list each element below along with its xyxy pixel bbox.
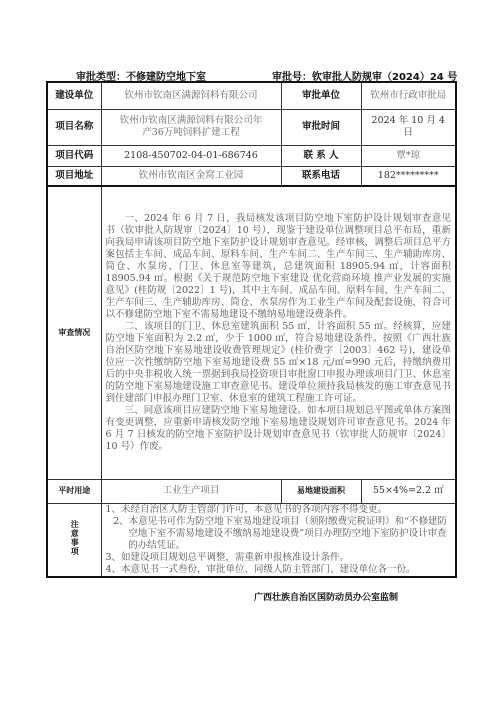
approval-unit-label: 审批单位 bbox=[281, 82, 361, 109]
project-address-value: 钦州市钦南区金窝工业园 bbox=[101, 166, 281, 186]
note-item-3: 3、如建设项目规划总平调整，需重新申报核准设计条件。 bbox=[106, 552, 452, 564]
note-item-1: 1、未经自治区人防主管部门许可，本意见书的各项内容不得变更。 bbox=[106, 504, 452, 516]
approval-time-value: 2024 年 10 月 4 日 bbox=[361, 109, 456, 145]
review-label: 审查情况 bbox=[47, 186, 101, 479]
construction-unit-value: 钦州市钦南区满源饲料有限公司 bbox=[101, 82, 281, 109]
row-notes: 注意事项 1、未经自治区人防主管部门许可，本意见书的各项内容不得变更。 2、本意… bbox=[47, 503, 456, 577]
contact-person-value: 覃*琼 bbox=[361, 145, 456, 166]
note-item-4: 4、本意见书一式叁份，审批单位、同级人防主管部门、建设单位各一份。 bbox=[106, 564, 452, 576]
relocation-area-value: 55×4%=2.2 ㎡ bbox=[361, 479, 456, 503]
contact-phone-value: 182********* bbox=[361, 166, 456, 186]
row-project-name: 项目名称 钦州市钦南区满源饲料有限公司年产36万吨饲料扩建工程 审批时间 202… bbox=[47, 109, 456, 145]
review-paragraph-1: 一、2024 年 6 月 7 日，我局核发该项目防空地下室防护设计规划审查意见书… bbox=[106, 213, 452, 321]
notes-label-cell: 注意事项 bbox=[47, 503, 101, 577]
approval-unit-value: 钦州市行政审批局 bbox=[361, 82, 456, 109]
peacetime-use-label: 平时用途 bbox=[47, 479, 101, 503]
project-code-value: 2108-450702-04-01-686746 bbox=[101, 145, 281, 166]
row-construction-unit: 建设单位 钦州市钦南区满源饲料有限公司 审批单位 钦州市行政审批局 bbox=[47, 82, 456, 109]
note-item-2: 2、本意见书可作为防空地下室易地建设项目（须附缴费完税证明）和“不修建防空地下室… bbox=[106, 516, 452, 552]
notes-content: 1、未经自治区人防主管部门许可，本意见书的各项内容不得变更。 2、本意见书可作为… bbox=[101, 503, 456, 577]
approval-form-table: 建设单位 钦州市钦南区满源饲料有限公司 审批单位 钦州市行政审批局 项目名称 钦… bbox=[46, 81, 457, 578]
review-content: 一、2024 年 6 月 7 日，我局核发该项目防空地下室防护设计规划审查意见书… bbox=[101, 186, 456, 479]
review-paragraph-3: 三、同意该项目应建防空地下室易地建设。如本项目规划总平图或单体方案图有变更调整，… bbox=[106, 405, 452, 453]
review-paragraph-2: 二、该项目的门卫、休息室建筑面积 55 ㎡，计容面积 55 ㎡。经核算，应建防空… bbox=[106, 321, 452, 405]
issuer-footer: 广西壮族自治区国防动员办公室监制 bbox=[254, 590, 398, 603]
row-project-address: 项目地址 钦州市钦南区金窝工业园 联系电话 182********* bbox=[47, 166, 456, 186]
project-code-label: 项目代码 bbox=[47, 145, 101, 166]
construction-unit-label: 建设单位 bbox=[47, 82, 101, 109]
document-header: 审批类型：不修建防空地下室 审批号：钦审批人防规审（2024）24 号 bbox=[0, 65, 500, 81]
project-name-label: 项目名称 bbox=[47, 109, 101, 145]
relocation-area-label: 易地建设面积 bbox=[281, 479, 361, 503]
approval-time-label: 审批时间 bbox=[281, 109, 361, 145]
peacetime-use-value: 工业生产项目 bbox=[101, 479, 281, 503]
notes-label: 注意事项 bbox=[68, 520, 80, 556]
project-address-label: 项目地址 bbox=[47, 166, 101, 186]
project-name-value: 钦州市钦南区满源饲料有限公司年产36万吨饲料扩建工程 bbox=[101, 109, 281, 145]
row-usage: 平时用途 工业生产项目 易地建设面积 55×4%=2.2 ㎡ bbox=[47, 479, 456, 503]
contact-phone-label: 联系电话 bbox=[281, 166, 361, 186]
row-review: 审查情况 一、2024 年 6 月 7 日，我局核发该项目防空地下室防护设计规划… bbox=[47, 186, 456, 479]
contact-person-label: 联 系 人 bbox=[281, 145, 361, 166]
row-project-code: 项目代码 2108-450702-04-01-686746 联 系 人 覃*琼 bbox=[47, 145, 456, 166]
